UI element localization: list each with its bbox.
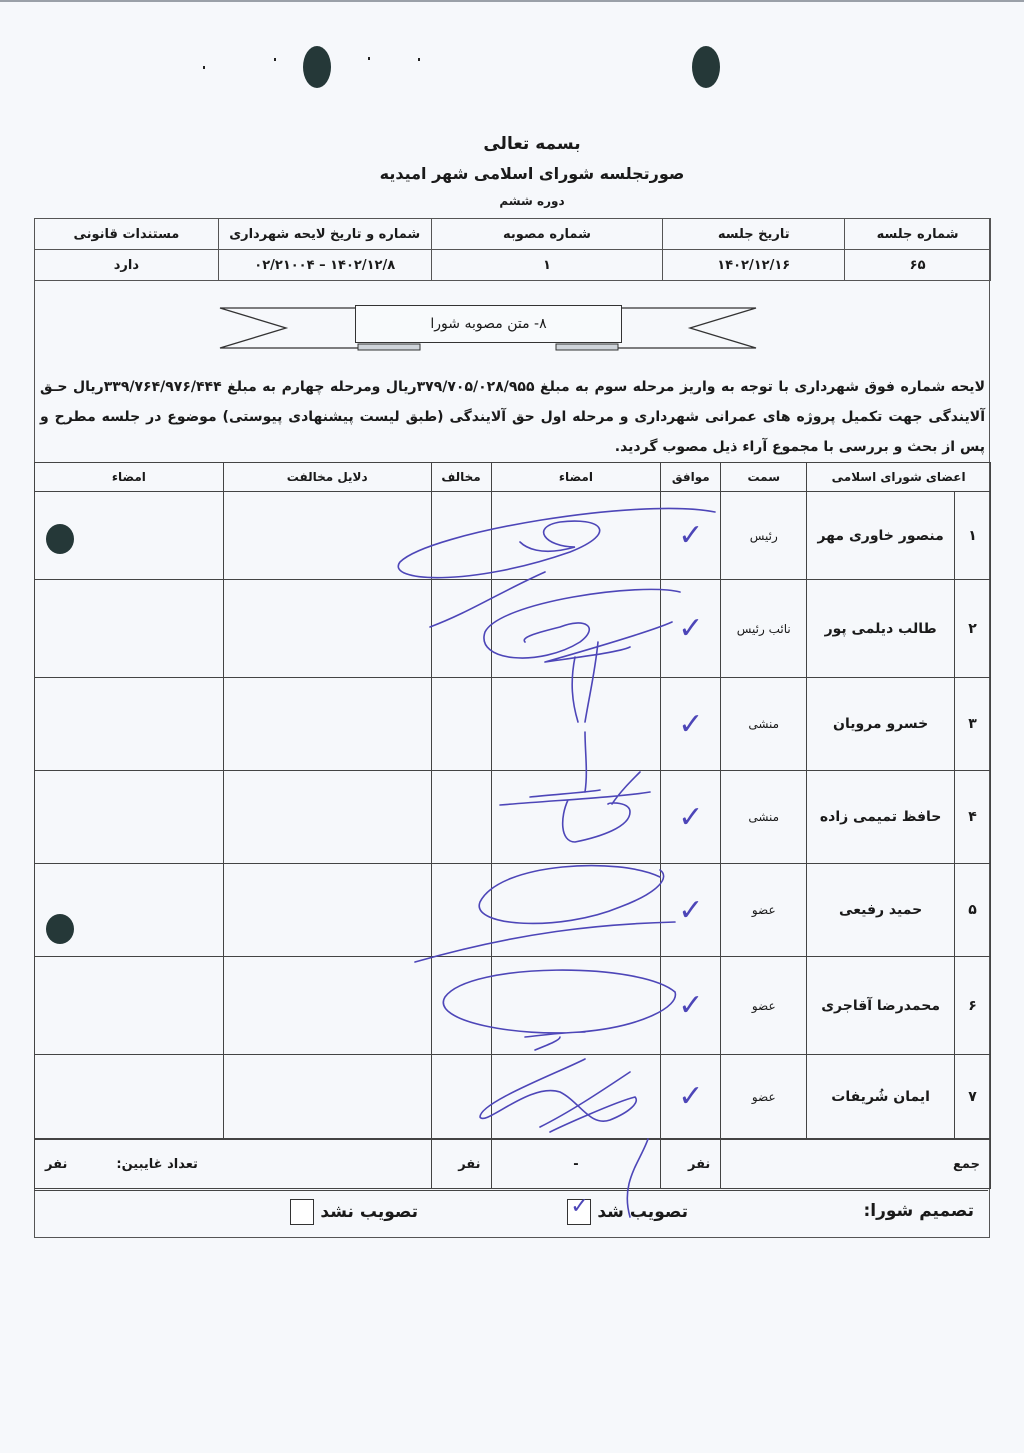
vote-row: ۲ طالب دیلمی پور نائب رئیس ✓	[35, 580, 991, 678]
disagree-cell	[431, 864, 491, 957]
resolution-text: لایحه شماره فوق شهرداری با توجه به واریز…	[40, 372, 985, 462]
disagree-reasons-cell	[223, 864, 431, 957]
signature-total-dash: -	[491, 1140, 661, 1189]
section-banner-label: ۸- متن مصوبه شورا	[355, 305, 622, 343]
row-number: ۲	[955, 580, 991, 678]
row-number: ۱	[955, 492, 991, 580]
row-number: ۵	[955, 864, 991, 957]
member-role: منشی	[721, 771, 807, 864]
member-name: محمدرضا آقاجری	[807, 957, 955, 1055]
votes-header-row: اعضای شورای اسلامی سمت موافق امضاء مخالف…	[35, 463, 991, 492]
session-date: ۱۴۰۲/۱۲/۱۶	[663, 250, 845, 281]
agree-cell: ✓	[661, 492, 721, 580]
member-role: عضو	[721, 864, 807, 957]
meta-header-session-date: تاریخ جلسه	[663, 219, 845, 250]
vote-row: ۱ منصور خاوری مهر رئیس ✓	[35, 492, 991, 580]
row-number: ۷	[955, 1055, 991, 1139]
checkmark-icon: ✓	[570, 1194, 588, 1219]
checkmark-icon: ✓	[678, 988, 703, 1023]
header-disagree: مخالف	[431, 463, 491, 492]
disagree-reasons-cell	[223, 492, 431, 580]
vote-row: ۴ حافظ تمیمی زاده منشی ✓	[35, 771, 991, 864]
header-member: اعضای شورای اسلامی	[807, 463, 991, 492]
disagree-reasons-cell	[223, 678, 431, 771]
member-name: حمید رفیعی	[807, 864, 955, 957]
absentees-label: تعداد غایبین:	[116, 1157, 198, 1172]
agree-cell: ✓	[661, 864, 721, 957]
council-decision: تصمیم شورا: تصویب شد ✓ تصویب نشد	[34, 1190, 988, 1237]
signature-cell	[491, 678, 661, 771]
signature-2-cell	[35, 957, 224, 1055]
member-role: عضو	[721, 957, 807, 1055]
totals-label: جمع	[721, 1140, 991, 1189]
member-name: طالب دیلمی پور	[807, 580, 955, 678]
checkmark-icon: ✓	[678, 893, 703, 928]
signature-2-cell	[35, 678, 224, 771]
header-role: سمت	[721, 463, 807, 492]
row-number: ۳	[955, 678, 991, 771]
totals-row: جمع نفر - نفر تعداد غایبین: نفر	[35, 1140, 991, 1189]
checkmark-icon: ✓	[678, 518, 703, 553]
disagree-cell	[431, 957, 491, 1055]
vote-row: ۶ محمدرضا آقاجری عضو ✓	[35, 957, 991, 1055]
disagree-cell	[431, 492, 491, 580]
member-name: خسرو مرویان	[807, 678, 955, 771]
vote-row: ۷ ایمان شُریفات عضو ✓	[35, 1055, 991, 1139]
document-title: صورتجلسه شورای اسلامی شهر امیدیه	[0, 164, 1024, 183]
header-signature-2: امضاء	[35, 463, 224, 492]
punch-hole	[303, 46, 331, 88]
member-name: ایمان شُریفات	[807, 1055, 955, 1139]
decision-label: تصمیم شورا:	[863, 1201, 974, 1221]
resolution-number: ۱	[431, 250, 663, 281]
disagree-total-unit: نفر	[431, 1140, 491, 1189]
council-term: دوره ششم	[0, 194, 1024, 208]
disagree-reasons-cell	[223, 957, 431, 1055]
signature-cell	[491, 957, 661, 1055]
member-role: عضو	[721, 1055, 807, 1139]
checkmark-icon: ✓	[678, 707, 703, 742]
meta-header-legal-documents: مستندات قانونی	[35, 219, 219, 250]
approved-option[interactable]: تصویب شد ✓	[567, 1199, 688, 1225]
vote-row: ۳ خسرو مرویان منشی ✓	[35, 678, 991, 771]
punch-hole	[692, 46, 720, 88]
approved-checkbox[interactable]: ✓	[567, 1199, 591, 1225]
member-role: رئیس	[721, 492, 807, 580]
signature-cell	[491, 1055, 661, 1139]
disagree-cell	[431, 1055, 491, 1139]
session-number: ۶۵	[845, 250, 991, 281]
meta-header-session-number: شماره جلسه	[845, 219, 991, 250]
rejected-option[interactable]: تصویب نشد	[290, 1199, 418, 1225]
row-number: ۴	[955, 771, 991, 864]
member-name: منصور خاوری مهر	[807, 492, 955, 580]
scan-speck	[368, 57, 370, 60]
disagree-reasons-cell	[223, 580, 431, 678]
invocation-heading: بسمه تعالی	[0, 134, 1024, 154]
disagree-cell	[431, 580, 491, 678]
signature-cell	[491, 864, 661, 957]
session-meta-table: شماره جلسه تاریخ جلسه شماره مصوبه شماره …	[34, 218, 991, 281]
signature-2-cell	[35, 864, 224, 957]
approved-label: تصویب شد	[597, 1202, 688, 1222]
signature-2-cell	[35, 771, 224, 864]
member-role: منشی	[721, 678, 807, 771]
disagree-cell	[431, 771, 491, 864]
vote-row: ۵ حمید رفیعی عضو ✓	[35, 864, 991, 957]
meta-header-bill-number-date: شماره و تاریخ لایحه شهرداری	[218, 219, 431, 250]
scan-speck	[203, 66, 205, 69]
scan-speck	[274, 58, 276, 61]
meta-value-row: ۶۵ ۱۴۰۲/۱۲/۱۶ ۱ ۱۴۰۲/۱۲/۸ – ۰۲/۲۱۰۰۴ دار…	[35, 250, 991, 281]
checkmark-icon: ✓	[678, 611, 703, 646]
absentees-cell: تعداد غایبین: نفر	[35, 1140, 432, 1189]
signature-2-cell	[35, 1055, 224, 1139]
document-page: بسمه تعالی صورتجلسه شورای اسلامی شهر امی…	[0, 0, 1024, 1453]
disagree-reasons-cell	[223, 1055, 431, 1139]
signature-2-cell	[35, 580, 224, 678]
scan-speck	[418, 58, 420, 61]
member-name: حافظ تمیمی زاده	[807, 771, 955, 864]
signature-cell	[491, 580, 661, 678]
rejected-label: تصویب نشد	[320, 1202, 418, 1222]
bill-number-date: ۱۴۰۲/۱۲/۸ – ۰۲/۲۱۰۰۴	[218, 250, 431, 281]
disagree-reasons-cell	[223, 771, 431, 864]
signature-2-cell	[35, 492, 224, 580]
agree-cell: ✓	[661, 678, 721, 771]
agree-cell: ✓	[661, 580, 721, 678]
legal-documents: دارد	[35, 250, 219, 281]
header-disagree-reasons: دلایل مخالفت	[223, 463, 431, 492]
signature-cell	[491, 492, 661, 580]
disagree-cell	[431, 678, 491, 771]
totals-table: جمع نفر - نفر تعداد غایبین: نفر	[34, 1139, 991, 1189]
header-signature: امضاء	[491, 463, 661, 492]
meta-header-row: شماره جلسه تاریخ جلسه شماره مصوبه شماره …	[35, 219, 991, 250]
checkmark-icon: ✓	[678, 800, 703, 835]
header-agree: موافق	[661, 463, 721, 492]
rejected-checkbox[interactable]	[290, 1199, 314, 1225]
absentees-unit: نفر	[45, 1157, 67, 1172]
meta-header-resolution-number: شماره مصوبه	[431, 219, 663, 250]
checkmark-icon: ✓	[678, 1079, 703, 1114]
row-number: ۶	[955, 957, 991, 1055]
agree-cell: ✓	[661, 957, 721, 1055]
agree-total-unit: نفر	[661, 1140, 721, 1189]
agree-cell: ✓	[661, 771, 721, 864]
signature-cell	[491, 771, 661, 864]
votes-table: اعضای شورای اسلامی سمت موافق امضاء مخالف…	[34, 462, 991, 1139]
member-role: نائب رئیس	[721, 580, 807, 678]
agree-cell: ✓	[661, 1055, 721, 1139]
